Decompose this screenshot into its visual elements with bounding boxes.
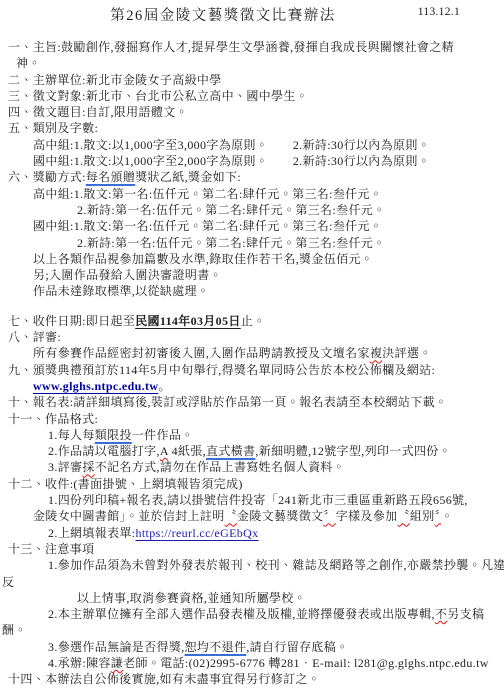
document-line: 所有參賽作品經密封初審後入圍,入圍作品聘請教授及文壇名家複決評選。 <box>0 345 504 361</box>
document-line: 酬。 <box>0 622 504 638</box>
text-segment: 字樣及參加 <box>336 509 398 523</box>
document-line: 2.作品請以電腦打字,A 4紙張,直式橫書,新細明體,12號字型,列印一式四份。 <box>0 443 504 459</box>
document-line: 十、報名表:請詳細填寫後,裝訂或浮貼於作品第一頁。報名表請至本校網站下載。 <box>0 394 504 410</box>
document-line: 1.每人每類限投一件作品。 <box>0 427 504 443</box>
text-segment: 十二、收件:(書面掛號、上網填報皆須完成) <box>8 477 243 491</box>
document-line: 國中組:1.散文:第一名:伍仟元。第二名:肆仟元。第三名:叁仟元。 <box>0 218 504 234</box>
text-segment: 2.新詩:第一名:伍仟元。第二名:肆仟元。第三名:叁仟元。 <box>77 203 386 217</box>
document-line: 2.新詩:第一名:伍仟元。第二名:肆仟元。第三名:叁仟元。 <box>0 235 504 251</box>
document-line: 高中組:1.散文:第一名:伍仟元。第二名:肆仟元。第三名:叁仟元。 <box>0 186 504 202</box>
text-segment: 組別 <box>410 509 435 523</box>
text-segment: 十、報名表:請詳細填寫後,裝訂或浮貼於作品第一頁。報名表請至本校網站下載。 <box>8 395 447 409</box>
text-segment: 4.承辦:陳容 <box>48 656 111 670</box>
text-segment: 高中組:1.散文:第一名:伍仟元。第二名:肆仟元。第三名:叁仟元。 <box>33 187 382 201</box>
spellcheck-flagged-char: 〝 <box>398 509 410 523</box>
spellcheck-flagged-char: 不 <box>435 607 447 621</box>
document-date: 113.12.1 <box>418 6 460 18</box>
school-website-link[interactable]: www.glghs.ntpc.edu.tw <box>33 379 158 393</box>
spellcheck-flagged-char: 〝 <box>225 509 237 523</box>
document-line: 九、頒獎典禮預訂於114年5月中旬舉行,得獎名單同時公告於本校公佈欄及網站: <box>0 362 504 378</box>
text-segment: ,新細明體,12號字型,列印一式四份。 <box>255 444 451 458</box>
document-line: 以上各類作品視參加篇數及水準,錄取佳作若干名,獎金伍佰元。 <box>0 251 504 267</box>
text-segment: 所有參賽作品經密封初審後入圍,入圍作品聘請教授及文壇名家 <box>33 346 370 360</box>
deadline-date: 民國114年03月05日 <box>135 314 241 328</box>
text-segment: 另支稿 <box>447 607 484 621</box>
document-line: 1.四份列印稿+報名表,請以掛號信件投寄「241新北市三重區重新路五段656號, <box>0 492 504 508</box>
text-segment: 一、主旨:鼓勵創作,發掘寫作人才,提昇學生文學涵養,發揮自我成長與關懷社會之精 <box>8 40 454 54</box>
document-line: 金陵女中圖書館」。並於信封上註明〝金陵文藝獎徵文〞字樣及參加〝組別〞。 <box>0 508 504 524</box>
text-segment: 止。 <box>241 314 266 328</box>
text-segment: 四、徵文題目:自訂,限用語體文。 <box>8 105 188 119</box>
text-segment: 九、頒獎典禮預訂於114年5月中旬舉行,得獎名單同時公告於本校公佈欄及網站: <box>8 363 435 377</box>
document-line: 2.新詩:第一名:伍仟元。第二名:肆仟元。第三名:叁仟元。 <box>0 202 504 218</box>
text-segment: 另;入圍作品發給入圍決審證明書。 <box>33 268 222 282</box>
document-line: 以上情事,取消參賽資格,並通知所屬學校。 <box>0 590 504 606</box>
text-segment: 八、評審: <box>8 330 61 344</box>
text-segment: 十四、本辦法自公佈後實施,如有未盡事宜得另行修訂之。 <box>8 672 320 686</box>
document-line: 高中組:1.散文:以1,000字至3,000字為原則。 2.新詩:30行以內為原… <box>0 137 504 153</box>
underlined-phrase: 直式橫書 <box>206 444 255 458</box>
document-line: 二、主辦單位:新北市金陵女子高級中學 <box>0 72 504 88</box>
text-segment: 2.新詩:第一名:伍仟元。第二名:肆仟元。第三名:叁仟元。 <box>77 236 386 250</box>
document-page: 第26屆金陵文藝獎徵文比賽辦法 113.12.1 一、主旨:鼓勵創作,發掘寫作人… <box>0 0 504 699</box>
document-line: 國中組:1.散文:以1,000字至2,000字為原則。 2.新詩:30行以內為原… <box>0 153 504 169</box>
document-line: 八、評審: <box>0 329 504 345</box>
text-segment: 以上各類作品視參加篇數及水準,錄取佳作若干名,獎金伍佰元。 <box>33 252 373 266</box>
text-segment: 4紙張, <box>168 444 206 458</box>
underlined-phrase: 類限投 <box>95 428 132 442</box>
spellcheck-flagged-char: A <box>160 444 168 458</box>
spellcheck-flagged-char: 〞 <box>323 509 335 523</box>
document-line: 3.評審採不記名方式,請勿在作品上書寫姓名個人資料。 <box>0 459 504 475</box>
text-segment: 獎狀乙紙,獎金如下: <box>135 170 241 184</box>
text-segment: 七、收件日期:即日起至 <box>8 314 135 328</box>
text-segment: 3.評審 <box>48 460 82 474</box>
text-segment: 不記名方式,請勿在作品上書寫姓名個人資料。 <box>95 460 345 474</box>
text-segment: 國中組:1.散文:第一名:伍仟元。第二名:肆仟元。第三名:叁仟元。 <box>33 219 382 233</box>
document-line: 十二、收件:(書面掛號、上網填報皆須完成) <box>0 476 504 492</box>
document-line: 十一、作品格式: <box>0 411 504 427</box>
text-segment: 六、獎勵方式: <box>8 170 86 184</box>
text-segment: 老師。電話:(02)2995-6776 轉281‧E-mail: l281@g.… <box>123 656 489 670</box>
document-header: 第26屆金陵文藝獎徵文比賽辦法 113.12.1 <box>0 0 504 26</box>
document-line: 另;入圍作品發給入圍決審證明書。 <box>0 267 504 283</box>
text-segment: 酬。 <box>2 623 27 637</box>
document-line: 作品未達錄取標準,以從缺處理。 <box>0 283 504 299</box>
text-segment: 高中組:1.散文:以1,000字至3,000字為原則。 2.新詩:30行以內為原… <box>33 138 430 152</box>
document-line: 五、類別及字數: <box>0 120 504 136</box>
text-segment: 1.四份列印稿+報名表,請以掛號信件投寄「241新北市三重區重新路五段656號, <box>48 493 468 507</box>
document-line: 三、徵文對象:新北市、台北市公私立高中、國中學生。 <box>0 88 504 104</box>
document-line: 神。 <box>0 55 504 71</box>
document-line: 一、主旨:鼓勵創作,發掘寫作人才,提昇學生文學涵養,發揮自我成長與關懷社會之精 <box>0 39 504 55</box>
text-segment: 五、類別及字數: <box>8 121 98 135</box>
document-line: 1.參加作品須為未曾對外發表於報刊、校刊、雜誌及網路等之創作,亦嚴禁抄襲。凡違 <box>0 557 504 573</box>
text-segment: 三、徵文對象:新北市、台北市公私立高中、國中學生。 <box>8 89 308 103</box>
online-form-link[interactable]: https://reurl.cc/eGEbQx <box>136 526 259 540</box>
document-lines: 一、主旨:鼓勵創作,發掘寫作人才,提昇學生文學涵養,發揮自我成長與關懷社會之精神… <box>0 26 504 688</box>
document-line: 2.上網填報表單:https://reurl.cc/eGEbQx <box>0 525 504 541</box>
document-line: 2.本主辦單位擁有全部入選作品發表權及版權,並將擇優發表或出版專輯,不另支稿 <box>0 606 504 622</box>
text-segment: ,請自行留存底稿。 <box>246 640 348 654</box>
text-segment: 1.每人每 <box>48 428 95 442</box>
text-segment: 3.參選作品無論是否得獎, <box>48 640 185 654</box>
text-segment: 二、主辦單位:新北市金陵女子高級中學 <box>8 73 222 87</box>
document-line: 反 <box>0 574 504 590</box>
text-segment: 。 <box>441 509 453 523</box>
text-segment: 十一、作品格式: <box>8 412 98 426</box>
spellcheck-flagged-char: 複 <box>370 346 382 360</box>
document-line: 4.承辦:陳容謙老師。電話:(02)2995-6776 轉281‧E-mail:… <box>0 655 504 671</box>
text-segment: 2.作品請以電腦打字, <box>48 444 160 458</box>
spellcheck-flagged-char: 採 <box>82 460 94 474</box>
document-line: 六、獎勵方式:每名頒贈獎狀乙紙,獎金如下: <box>0 169 504 185</box>
text-segment: 2.上網填報表單: <box>48 526 136 540</box>
document-line: 十三、注意事項 <box>0 541 504 557</box>
document-line: www.glghs.ntpc.edu.tw。 <box>0 378 504 394</box>
text-segment: 金陵女中圖書館」。並於信封上註明 <box>33 509 225 523</box>
text-segment: 十三、注意事項 <box>8 542 94 556</box>
text-segment: 神。 <box>16 56 41 70</box>
text-segment: 一件作品。 <box>132 428 194 442</box>
text-segment: 2.本主辦單位擁有全部入選作品發表權及版權,並將擇優發表或出版專輯, <box>48 607 435 621</box>
document-line: 3.參選作品無論是否得獎,恕均不退件,請自行留存底稿。 <box>0 639 504 655</box>
text-segment: 國中組:1.散文:以1,000字至2,000字為原則。 2.新詩:30行以內為原… <box>33 154 430 168</box>
text-segment: 反 <box>2 575 14 589</box>
text-segment: 決評選。 <box>382 346 431 360</box>
text-segment: 。 <box>158 379 170 393</box>
document-line: 四、徵文題目:自訂,限用語體文。 <box>0 104 504 120</box>
underlined-phrase: 每名頒贈 <box>86 170 135 184</box>
underlined-phrase: 恕均不退件 <box>185 640 247 654</box>
text-segment: 1.參加作品須為未曾對外發表於報刊、校刊、雜誌及網路等之創作,亦嚴禁抄襲。凡違 <box>48 558 504 572</box>
document-line: 十四、本辦法自公佈後實施,如有未盡事宜得另行修訂之。 <box>0 671 504 687</box>
text-segment: 金陵文藝獎徵文 <box>237 509 323 523</box>
spellcheck-flagged-char: 謙 <box>111 656 123 670</box>
document-line: 七、收件日期:即日起至民國114年03月05日止。 <box>0 313 504 329</box>
text-segment: 以上情事,取消參賽資格,並通知所屬學校。 <box>77 591 306 605</box>
text-segment: 作品未達錄取標準,以從缺處理。 <box>33 284 209 298</box>
